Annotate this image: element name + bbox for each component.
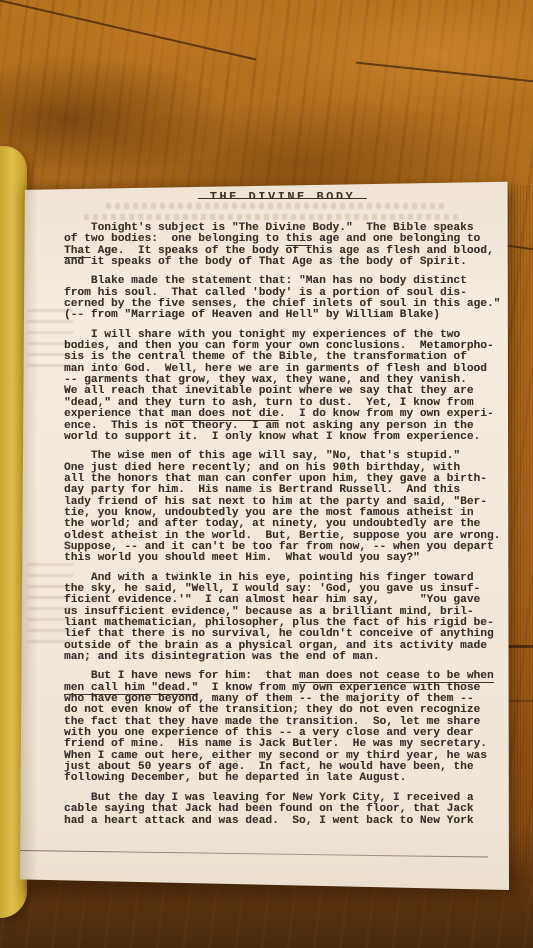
text-segment: following December, but he departed in l… [64,772,406,784]
text-segment: "dead," and they turn to ash, turn to du… [64,397,474,409]
paragraph: Tonight's subject is "The Divine Body." … [64,223,526,268]
text-segment: friend of mine. His name is Jack Butler.… [64,738,487,750]
text-segment: lief that there is no survival, he could… [64,628,494,640]
text-segment: had a heart attack and was dead. So, I w… [64,815,474,827]
text-segment: We all reach that inevitable point where… [64,385,474,397]
text-segment: lady friend of his sat next to him at th… [64,496,487,508]
text-segment: I will share with you tonight my experie… [64,329,460,341]
text-segment: And with a twinkle in his eye, pointing … [64,572,474,584]
text-segment: of two bodies: one belonging to [64,233,286,245]
bleed-through-ghost-text [84,214,462,220]
document-line: world to support it. I only know what I … [64,432,526,443]
text-segment: One just died here recently; and on his … [64,462,460,474]
text-segment: ence. This is not theory. I am not askin… [64,420,474,432]
page-title-text: THE DIVINE BODY [210,190,356,199]
text-segment: and it speaks of the body of That Age as… [64,256,467,268]
document-line: (-- from "Marriage of Heaven and Hell" b… [64,310,526,321]
text-segment: the fact that they have made the transit… [64,716,480,728]
document-line: this world you should meet Him. What wou… [64,553,526,564]
text-segment: us insufficient evidence," because as a … [64,606,474,618]
text-segment: Suppose, -- and it can't be too far from… [64,541,494,553]
text-segment: the world; and after today, at ninety, y… [64,518,480,530]
text-segment: the sky, he said, "Well, I would say: 'G… [64,583,480,595]
text-segment: do not even know of the transition; they… [64,704,480,716]
text-segment: tie, you know, undoubtedly you are the m… [64,507,474,519]
text-segment: cerned by the five senses, the chief inl… [64,298,500,310]
text-segment: Blake made the statement that: "Man has … [64,275,467,287]
text-segment: -- garments that grow, they wax, they wa… [64,374,467,386]
text-segment: all the honors that man can confer upon … [64,473,487,485]
page-title: THE DIVINE BODY [56,186,509,204]
paragraph: I will share with you tonight my experie… [64,330,526,443]
text-segment: ficient evidence.'" I can almost hear hi… [64,594,480,606]
text-segment: man into God. Well, here we are in garme… [64,363,487,375]
text-segment: Tonight's subject is "The Divine Body." … [64,222,474,234]
document-line: had a heart attack and was dead. So, I w… [64,816,526,827]
text-segment: But I have news for him: that [64,670,299,682]
text-segment: When I came out here, either my second o… [64,750,487,762]
text-segment: The wise men of this age will say, "No, … [64,450,460,462]
text-segment: oldest atheist in the world. But, Bertie… [64,530,500,542]
typewritten-page: THE DIVINE BODY Tonight's subject is "Th… [20,181,509,890]
wood-crack [0,0,257,61]
text-segment: experience that [64,408,171,420]
text-segment: just about 50 years of age. In fact, he … [64,761,474,773]
text-segment: sis is the central theme of the Bible, t… [64,351,467,363]
crease-line [18,850,488,858]
text-segment: day party for him. His name is Bertrand … [64,484,460,496]
text-block: Tonight's subject is "The Divine Body." … [64,223,526,835]
document-line: man; and its disintegration was the end … [64,652,526,663]
text-segment: bodies, and then you can form your own c… [64,340,494,352]
text-segment: outside of the brain as a physical organ… [64,640,487,652]
paragraph: Blake made the statement that: "Man has … [64,276,526,321]
text-segment: (-- from "Marriage of Heaven and Hell" b… [64,309,440,321]
text-segment: But the day I was leaving for New York C… [64,792,474,804]
photo-scene: THE DIVINE BODY Tonight's subject is "Th… [0,0,533,948]
text-segment: man; and its disintegration was the end … [64,651,380,663]
text-segment: . I do know from my own experi- [279,408,494,420]
document-line: and it speaks of the body of That Age as… [64,257,526,268]
paragraph: And with a twinkle in his eye, pointing … [64,573,526,664]
text-segment: Age. It speaks of the body of this age a… [91,245,494,257]
text-segment: from his soul. That called 'body' is a p… [64,287,467,299]
text-segment: cable saying that Jack had been found on… [64,803,474,815]
text-segment: who have gone beyond, many of them -- th… [64,693,474,705]
text-segment: I know from my own experience with those [198,682,480,694]
page-title-underline: THE DIVINE BODY [198,187,368,199]
document-line: following December, but he departed in l… [64,773,526,784]
text-segment: world to support it. I only know what I … [64,431,480,443]
paragraph: But I have news for him: that man does n… [64,671,526,784]
paragraph: The wise men of this age will say, "No, … [64,451,526,564]
text-segment: with you one experience of this -- a ver… [64,727,474,739]
paragraph: But the day I was leaving for New York C… [64,793,526,827]
text-segment: age and one belonging to [312,233,480,245]
text-segment: this world you should meet Him. What wou… [64,552,420,564]
text-segment: liant mathematician, philosopher, plus t… [64,617,494,629]
wood-crack [355,62,533,85]
